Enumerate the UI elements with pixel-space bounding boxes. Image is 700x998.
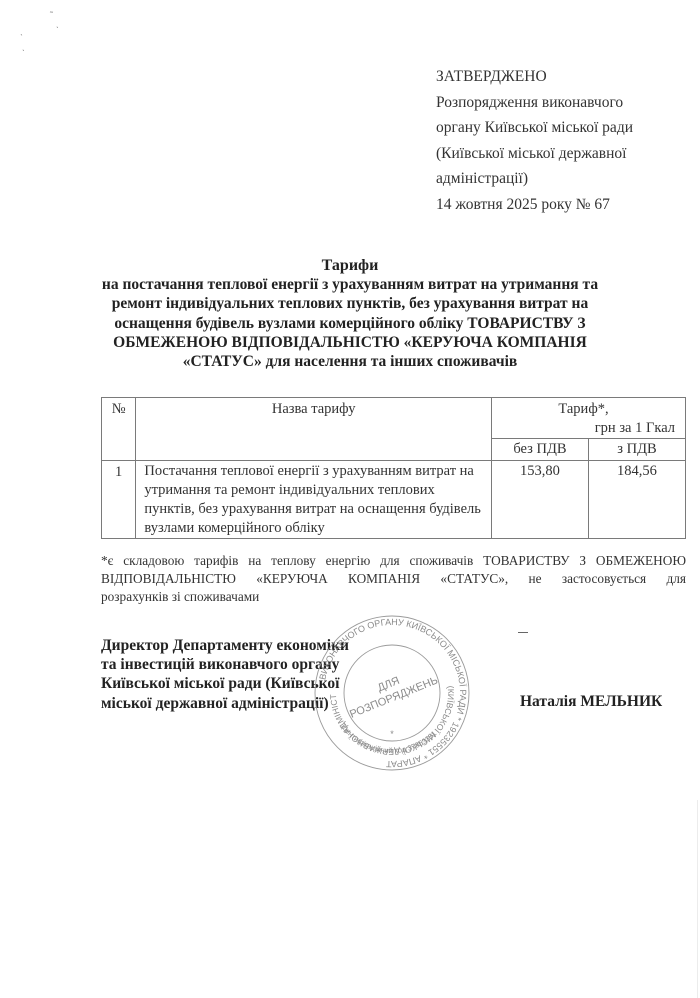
signer-position-line: та інвестицій виконавчого органу [101,655,401,674]
scan-artifact: ˎ [56,18,59,28]
approval-heading: ЗАТВЕРДЖЕНО [436,64,686,90]
title-subtitle-line: на постачання теплової енергії з урахува… [100,275,600,294]
title-subtitle-line: оснащення будівель вузлами комерційного … [100,314,600,333]
title-subtitle-line: «СТАТУС» для населення та інших споживач… [100,352,600,371]
signer-position-line: Директор Департаменту економіки [101,636,401,655]
header-tariff: Тариф*, грн за 1 Гкал [491,398,685,439]
table-header-row: № Назва тарифу Тариф*, грн за 1 Гкал [102,398,686,439]
header-with-vat: з ПДВ [588,439,685,460]
approval-line: (Київської міської державної [436,141,686,167]
cell-number: 1 [102,460,136,539]
stamp-bottom-text: Ідентифікаційний код 37853351 [339,722,438,755]
cell-with-vat: 184,56 [588,460,685,539]
scan-artifact [518,632,528,633]
footnote: *є складовою тарифів на теплову енергію … [101,552,686,605]
scan-artifact: ˜ [50,10,53,20]
header-without-vat: без ПДВ [491,439,588,460]
table-row: 1 Постачання теплової енергії з урахуван… [102,460,686,539]
signer-position-line: міської державної адміністрації) [101,694,401,713]
header-tariff-line2: грн за 1 Гкал [492,419,675,438]
footnote-line: *є складовою тарифів на теплову енергію … [101,552,686,570]
document-title: Тарифи на постачання теплової енергії з … [100,256,600,371]
approval-line: органу Київської міської ради [436,115,686,141]
title-main: Тарифи [100,256,600,275]
cell-name: Постачання теплової енергії з урахування… [136,460,492,539]
signer-position-line: Київської міської ради (Київської [101,674,401,693]
title-subtitle-line: ремонт індивідуальних теплових пунктів, … [100,294,600,313]
approval-line: Розпорядження виконавчого [436,90,686,116]
approval-date-number: 14 жовтня 2025 року № 67 [436,192,686,218]
svg-text:*: * [390,729,394,739]
tariff-table: № Назва тарифу Тариф*, грн за 1 Гкал без… [101,397,686,539]
header-number: № [102,398,136,461]
signer-name: Наталія МЕЛЬНИК [520,693,662,711]
scan-artifact: ˎ [22,41,25,51]
signer-position: Директор Департаменту економіки та інвес… [101,636,401,713]
header-name: Назва тарифу [136,398,492,461]
footnote-line: ВІДПОВІДАЛЬНІСТЮ «КЕРУЮЧА КОМПАНІЯ «СТАТ… [101,570,686,588]
cell-without-vat: 153,80 [491,460,588,539]
approval-block: ЗАТВЕРДЖЕНО Розпорядження виконавчого ор… [436,64,686,217]
scan-edge [697,800,698,998]
approval-line: адміністрації) [436,166,686,192]
header-tariff-line1: Тариф*, [492,400,675,419]
footnote-line: розрахунків зі споживачами [101,588,686,606]
title-subtitle-line: ОБМЕЖЕНОЮ ВІДПОВІДАЛЬНІСТЮ «КЕРУЮЧА КОМП… [100,333,600,352]
